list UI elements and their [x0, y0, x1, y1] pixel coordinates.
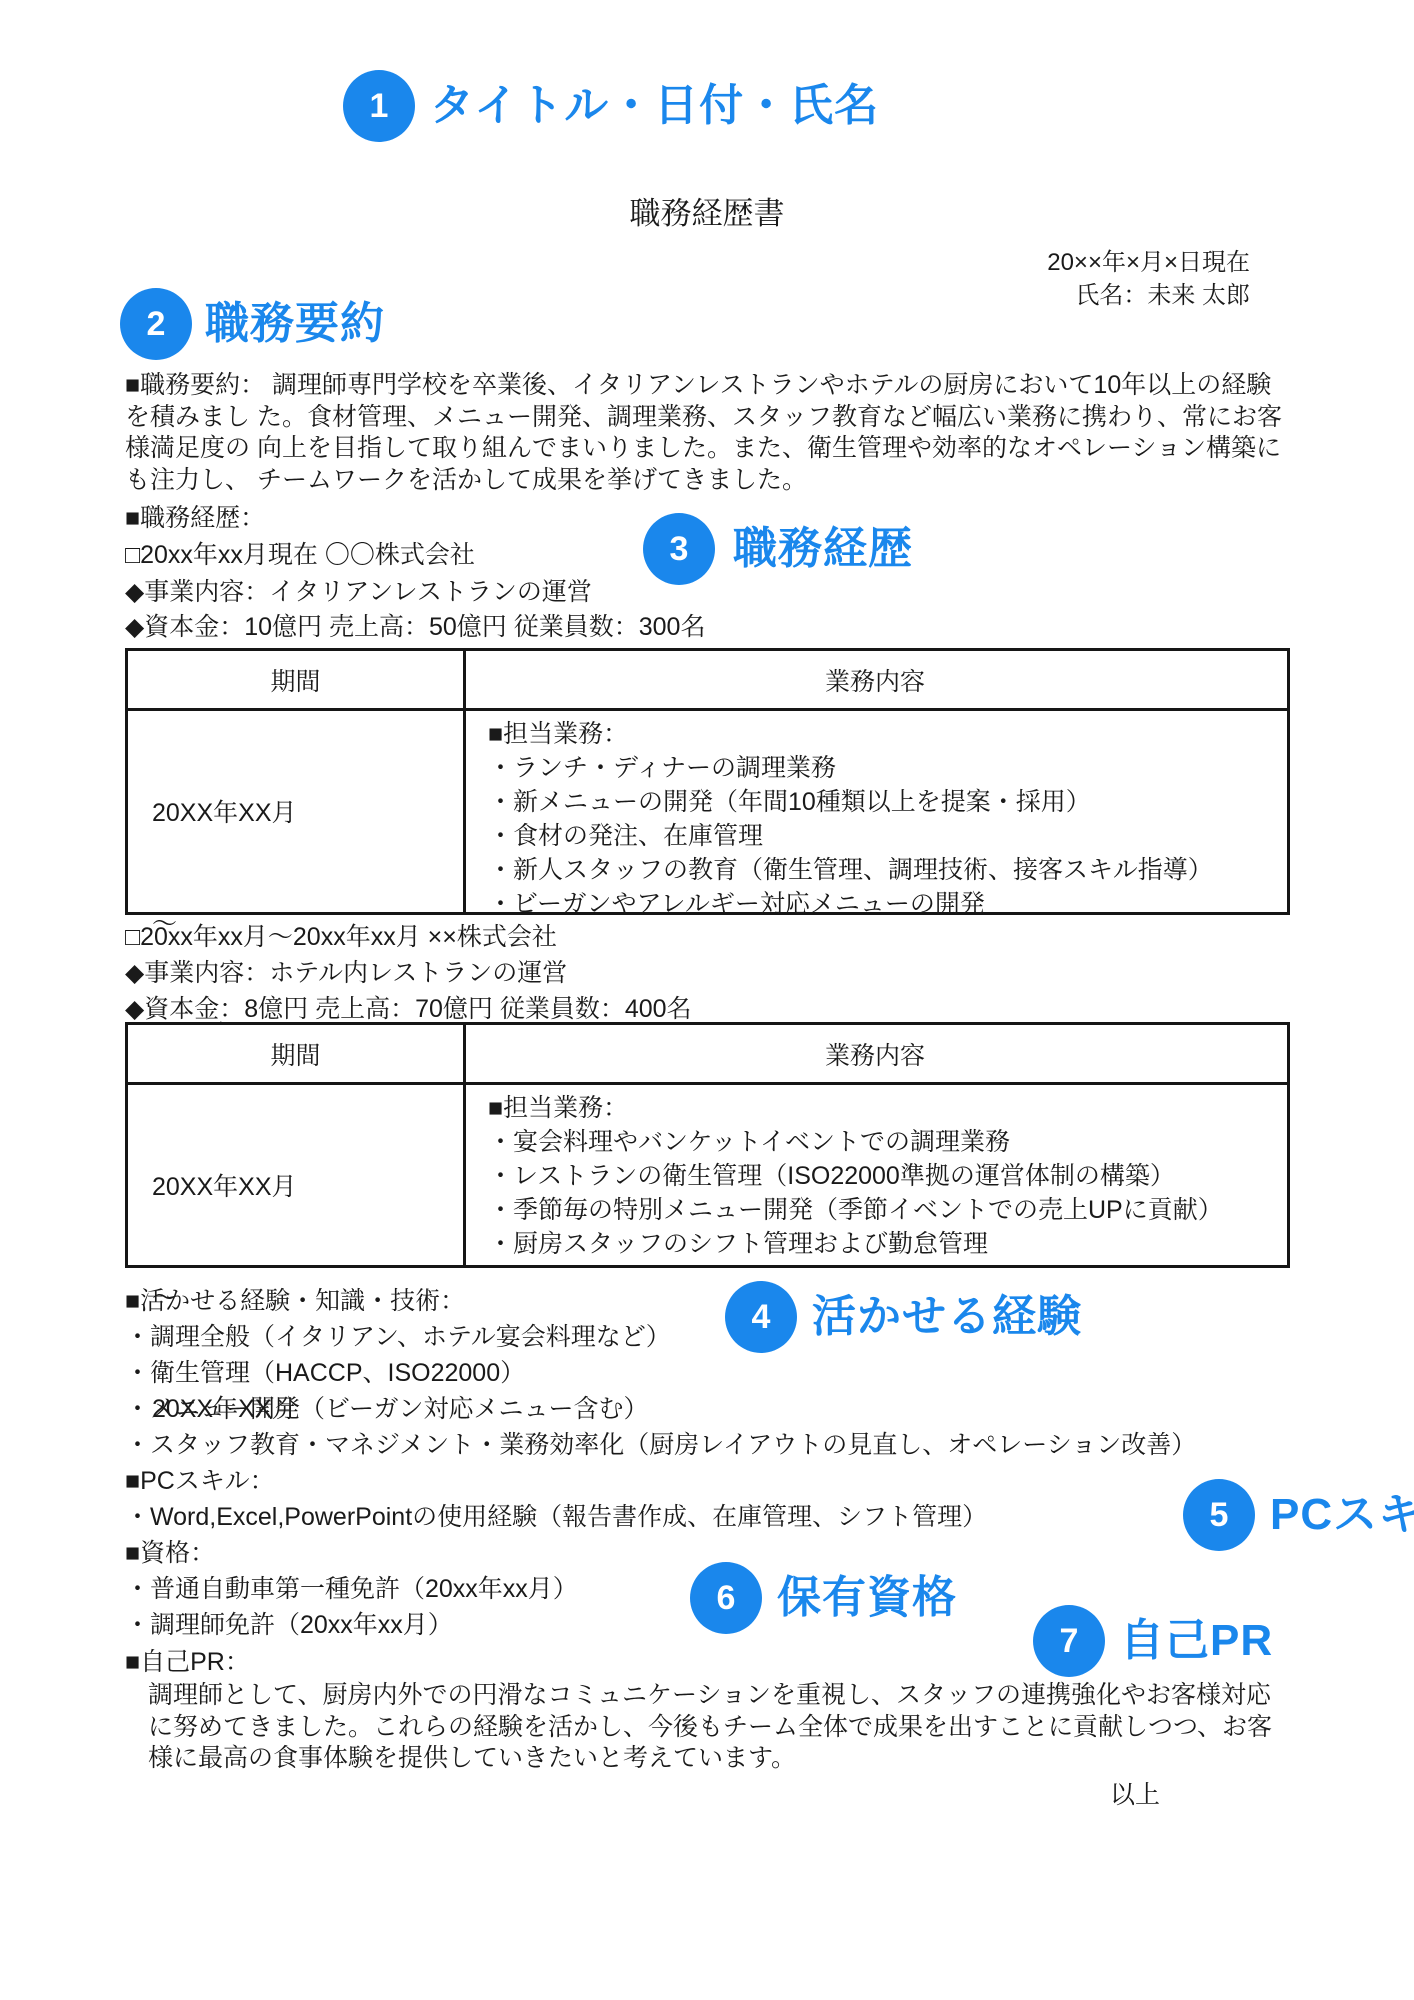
annotation-number-3: 3 [670, 530, 689, 569]
document-title: 職務経歴書 [0, 196, 1414, 232]
annotation-badge-2: 2 [120, 288, 192, 360]
career-table-1-header: 期間 業務内容 [128, 651, 1287, 711]
table-1-period-from: 20XX年XX月 [152, 795, 297, 832]
company-2-stats: ◆資本金：8億円 売上高：70億円 従業員数：400名 [125, 994, 692, 1024]
self-pr-heading: ■自己PR： [125, 1647, 250, 1677]
pc-skills-heading: ■PCスキル： [125, 1466, 275, 1496]
table-2-duty-cell: ■担当業務： ・宴会料理やバンケットイベントでの調理業務 ・レストランの衛生管理… [488, 1091, 1279, 1261]
company-2-business: ◆事業内容：ホテル内レストランの運営 [125, 958, 567, 988]
job-summary-paragraph: ■職務要約： 調理師専門学校を卒業後、イタリアンレストランやホテルの厨房において… [125, 370, 1293, 496]
table-2-duty-item: ・季節毎の特別メニュー開発（季節イベントでの売上UPに貢献） [488, 1193, 1279, 1227]
self-pr-paragraph: 調理師として、厨房内外での円滑なコミュニケーションを重視し、スタッフの連携強化や… [148, 1680, 1293, 1775]
table-2-header-duty: 業務内容 [463, 1025, 1287, 1082]
annotation-number-1: 1 [370, 87, 389, 126]
table-1-header-duty: 業務内容 [463, 651, 1287, 708]
licenses-heading: ■資格： [125, 1538, 215, 1568]
annotation-label-career: 職務経歴 [733, 524, 913, 574]
closing-ijou: 以上 [800, 1775, 1160, 1811]
annotation-label-title-date-name: タイトル・日付・氏名 [430, 81, 879, 131]
annotation-badge-6: 6 [690, 1562, 762, 1634]
skill-item: ・メニュー開発（ビーガン対応メニュー含む） [125, 1394, 649, 1424]
annotation-label-self-pr: 自己PR [1120, 1616, 1273, 1666]
skill-item: ・スタッフ教育・マネジメント・業務効率化（厨房レイアウトの見直し、オペレーション… [125, 1430, 1196, 1460]
annotation-number-6: 6 [717, 1579, 736, 1618]
table-2-duty-heading: ■担当業務： [488, 1091, 1279, 1125]
career-table-2-header: 期間 業務内容 [128, 1025, 1287, 1085]
table-1-duty-item: ・ビーガンやアレルギー対応メニューの開発 [488, 887, 1279, 921]
table-1-column-divider [463, 651, 466, 912]
annotation-badge-4: 4 [725, 1281, 797, 1353]
company-1-period-name: □20xx年xx月現在 〇〇株式会社 [125, 540, 475, 570]
table-2-column-divider [463, 1025, 466, 1265]
annotation-number-4: 4 [752, 1298, 771, 1337]
annotation-number-2: 2 [147, 305, 166, 344]
annotation-label-licenses: 保有資格 [777, 1573, 957, 1623]
annotation-badge-1: 1 [343, 70, 415, 142]
table-1-duty-item: ・新人スタッフの教育（衛生管理、調理技術、接客スキル指導） [488, 853, 1279, 887]
company-1-business: ◆事業内容：イタリアンレストランの運営 [125, 577, 592, 607]
pc-skill-item: ・Word,Excel,PowerPointの使用経験（報告書作成、在庫管理、シ… [125, 1502, 987, 1532]
career-table-2: 期間 業務内容 20XX年XX月 ～ 20XX年XX月 ■担当業務： ・宴会料理… [125, 1022, 1290, 1268]
table-1-duty-item: ・ランチ・ディナーの調理業務 [488, 751, 1279, 785]
table-1-duty-cell: ■担当業務： ・ランチ・ディナーの調理業務 ・新メニューの開発（年間10種類以上… [488, 717, 1279, 921]
annotation-badge-7: 7 [1033, 1605, 1105, 1677]
annotation-badge-3: 3 [643, 513, 715, 585]
annotation-badge-5: 5 [1183, 1479, 1255, 1551]
annotation-label-skills: 活かせる経験 [812, 1292, 1082, 1342]
table-2-duty-item: ・レストランの衛生管理（ISO22000準拠の運営体制の構築） [488, 1159, 1279, 1193]
skills-heading: ■活かせる経験・知識・技術： [125, 1286, 465, 1316]
table-1-duty-item: ・食材の発注、在庫管理 [488, 819, 1279, 853]
skill-item: ・調理全般（イタリアン、ホテル宴会料理など） [125, 1322, 671, 1352]
table-1-header-period: 期間 [128, 651, 463, 708]
table-1-duty-item: ・新メニューの開発（年間10種類以上を提案・採用） [488, 785, 1279, 819]
table-2-header-period: 期間 [128, 1025, 463, 1082]
table-2-duty-item: ・厨房スタッフのシフト管理および勤怠管理 [488, 1227, 1279, 1261]
annotation-label-pc-skills: PCスキル [1270, 1490, 1414, 1540]
skill-item: ・衛生管理（HACCP、ISO22000） [125, 1358, 525, 1388]
license-item: ・普通自動車第一種免許（20xx年xx月） [125, 1574, 578, 1604]
license-item: ・調理師免許（20xx年xx月） [125, 1610, 453, 1640]
document-page: { "page": { "doc_title": "職務経歴書", "date_… [0, 0, 1414, 2000]
company-1-stats: ◆資本金：10億円 売上高：50億円 従業員数：300名 [125, 612, 705, 642]
career-table-1: 期間 業務内容 20XX年XX月 ～ 20XX年XX月 ■担当業務： ・ランチ・… [125, 648, 1290, 915]
current-date-line: 20××年×月×日現在 [700, 248, 1250, 278]
applicant-name-line: 氏名：未来 太郎 [700, 281, 1250, 311]
annotation-number-7: 7 [1060, 1622, 1079, 1661]
annotation-label-summary: 職務要約 [205, 299, 385, 349]
company-2-period-name: □20xx年xx月～20xx年xx月 ××株式会社 [125, 922, 557, 952]
annotation-number-5: 5 [1210, 1496, 1229, 1535]
career-history-heading: ■職務経歴： [125, 503, 265, 533]
table-2-period-from: 20XX年XX月 [152, 1169, 297, 1206]
table-2-duty-item: ・宴会料理やバンケットイベントでの調理業務 [488, 1125, 1279, 1159]
table-1-duty-heading: ■担当業務： [488, 717, 1279, 751]
